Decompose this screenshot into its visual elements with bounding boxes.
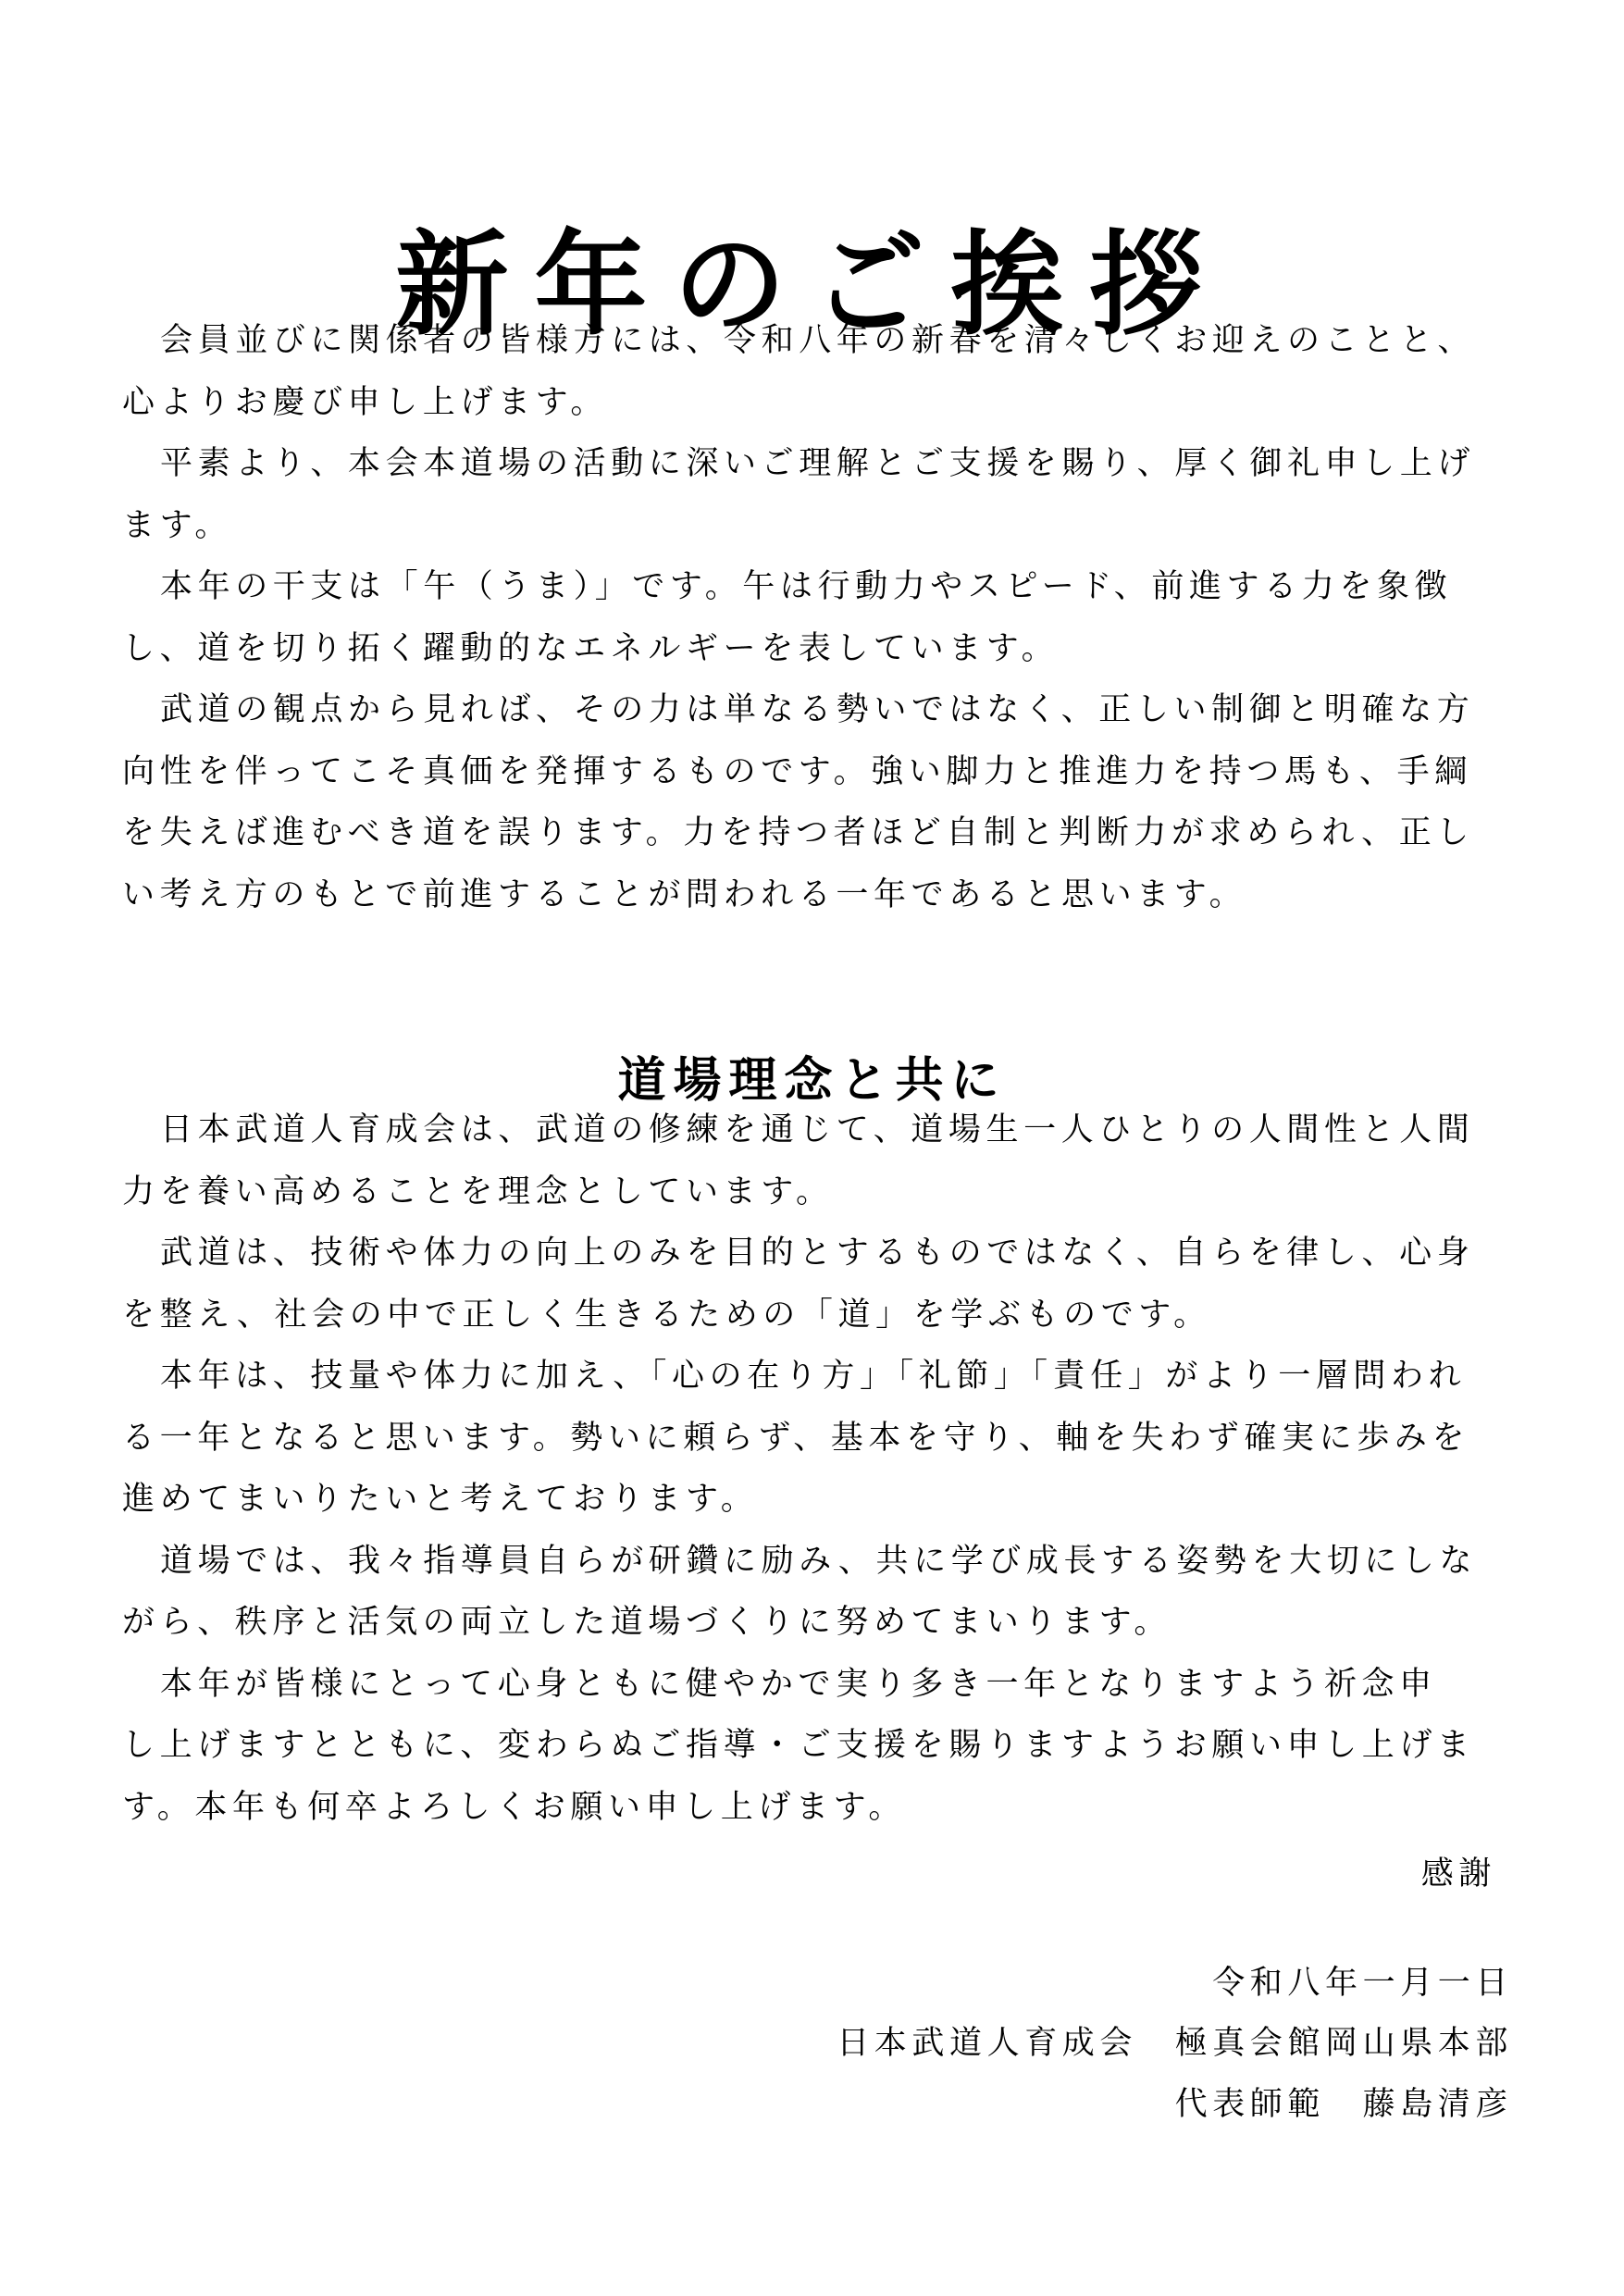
paragraph-line: 心よりお慶び申し上げます。 [122,372,1510,434]
paragraph-line: 本年が皆様にとって心身ともに健やかで実り多き一年となりますよう祈念申 [122,1654,1510,1716]
closing-word: 感謝 [1421,1851,1496,1897]
paragraph-line: る一年となると思います。勢いに頼らず、基本を守り、軸を失わず確実に歩みを [122,1408,1510,1470]
paragraph-line: 武道は、技術や体力の向上のみを目的とするものではなく、自らを律し、心身 [122,1222,1510,1285]
signature-representative: 代表師範 藤島清彦 [1175,2081,1513,2128]
paragraph-line: す。本年も何卒よろしくお願い申し上げます。 [122,1777,1510,1839]
signature-date: 令和八年一月一日 [1212,1960,1513,2006]
paragraph-line: 向性を伴ってこそ真価を発揮するものです。強い脚力と推進力を持つ馬も、手綱 [122,741,1510,803]
paragraph-line: 道場では、我々指導員自らが研鑽に励み、共に学び成長する姿勢を大切にしな [122,1531,1510,1593]
paragraph-line: 力を養い高めることを理念としています。 [122,1161,1510,1223]
letter-page: 新年のご挨拶 会員並びに関係者の皆様方には、令和八年の新春を清々しくお迎えのこと… [0,0,1624,2296]
paragraph-line: し上げますとともに、変わらぬご指導・ご支援を賜りますようお願い申し上げま [122,1715,1510,1777]
signature-organization: 日本武道人育成会 極真会館岡山県本部 [837,2020,1513,2066]
section-philosophy: 日本武道人育成会は、武道の修練を通じて、道場生一人ひとりの人間性と人間 力を養い… [122,1099,1510,1838]
paragraph-line: 日本武道人育成会は、武道の修練を通じて、道場生一人ひとりの人間性と人間 [122,1099,1510,1161]
paragraph-line: い考え方のもとで前進することが問われる一年であると思います。 [122,864,1510,926]
paragraph-line: を失えば進むべき道を誤ります。力を持つ者ほど自制と判断力が求められ、正し [122,802,1510,864]
paragraph-line: 進めてまいりたいと考えております。 [122,1469,1510,1531]
paragraph-line: 本年は、技量や体力に加え、「心の在り方」「礼節」「責任」がより一層問われ [122,1346,1510,1408]
paragraph-line: ます。 [122,495,1510,557]
section-greeting: 会員並びに関係者の皆様方には、令和八年の新春を清々しくお迎えのことと、 心よりお… [122,310,1510,925]
paragraph-line: を整え、社会の中で正しく生きるための「道」を学ぶものです。 [122,1285,1510,1347]
paragraph-line: し、道を切り拓く躍動的なエネルギーを表しています。 [122,618,1510,680]
paragraph-line: がら、秩序と活気の両立した道場づくりに努めてまいります。 [122,1592,1510,1654]
paragraph-line: 本年の干支は「午（うま）」です。午は行動力やスピード、前進する力を象徴 [122,556,1510,618]
paragraph-line: 平素より、本会本道場の活動に深いご理解とご支援を賜り、厚く御礼申し上げ [122,433,1510,495]
paragraph-line: 会員並びに関係者の皆様方には、令和八年の新春を清々しくお迎えのことと、 [122,310,1510,372]
paragraph-line: 武道の観点から見れば、その力は単なる勢いではなく、正しい制御と明確な方 [122,679,1510,741]
